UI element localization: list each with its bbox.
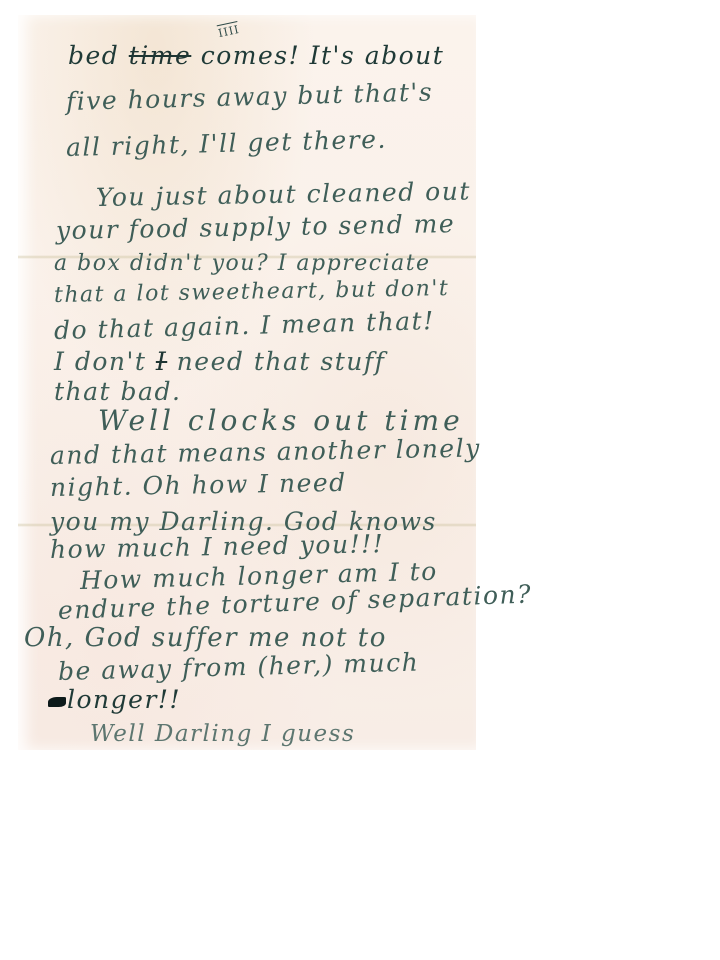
letter-page: IIII bed time comes! It's about five hou… [18,15,476,750]
line-text: comes! It's about [191,41,444,70]
letter-line-3: all right, I'll get there. [66,127,387,160]
letter-line-20: longer!! [48,687,181,712]
letter-line-12: and that means another lonely [50,435,481,468]
ink-blot [48,697,66,707]
letter-line-7: that a lot sweetheart, but don't [54,278,450,307]
letter-line-11: Well clocks out time [98,407,464,435]
line-text: I don't [54,347,156,376]
letter-line-18: Oh, God suffer me not to [24,625,387,651]
struck-word: I [156,347,167,376]
page-number-mark: IIII [217,21,241,40]
line-text: need that stuff [167,347,385,376]
struck-word: time [129,41,192,70]
letter-line-9: I don't I need that stuff [54,349,385,374]
letter-line-5: your food supply to send me [56,211,456,243]
line-text: bed [68,41,129,70]
letter-line-1: bed time comes! It's about [68,43,444,68]
letter-line-15: how much I need you!!! [50,531,385,562]
letter-line-10: that bad. [54,379,181,404]
letter-line-2: five hours away but that's [66,79,434,114]
letter-line-6: a box didn't you? I appreciate [54,253,431,275]
letter-line-13: night. Oh how I need [50,470,347,500]
letter-line-8: do that again. I mean that! [54,308,435,343]
letter-line-4: You just about cleaned out [96,178,471,210]
line-text: longer!! [67,685,181,714]
letter-line-21: Well Darling I guess [90,723,355,746]
letter-line-19: be away from (her,) much [58,650,420,684]
